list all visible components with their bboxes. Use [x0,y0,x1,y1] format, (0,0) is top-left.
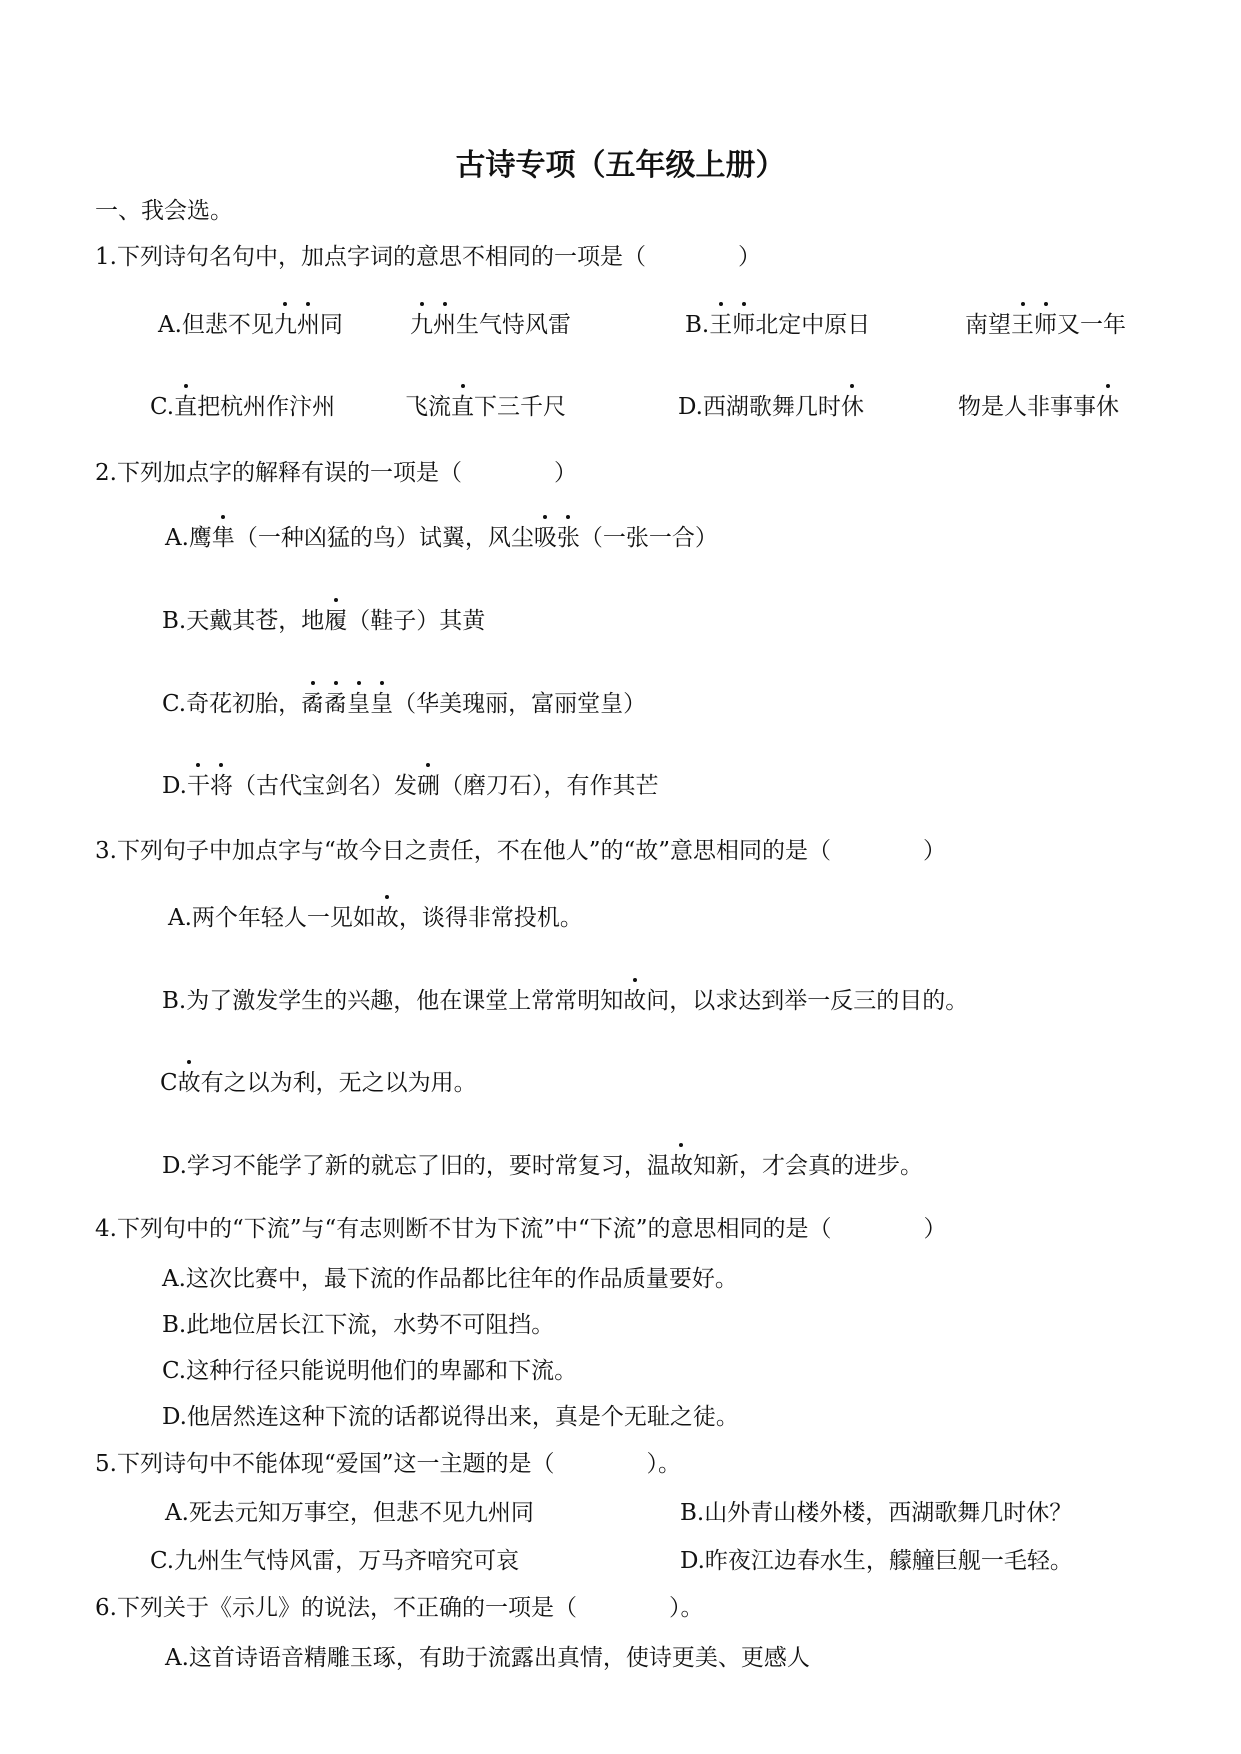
q2-option-c: C.奇花初胎，矞矞皇皇（华美瑰丽，富丽堂皇） [162,689,646,719]
q1-option-b1: B.王师北定中原日 [685,310,870,340]
q5-option-d: D.昨夜江边春水生，艨艟巨舰一毛轻。 [680,1546,1073,1576]
question-3-stem: 3.下列句子中加点字与“故今日之责任，不在他人”的“故”意思相同的是（ ） [95,836,946,866]
q1-option-d1: D.西湖歌舞几时休 [678,392,864,422]
q1-option-c2: 飞流直下三千尺 [405,392,566,422]
emphasis-dot-char: 干 [187,771,210,801]
q1-option-b2: 南望王师又一年 [965,310,1126,340]
q4-option-c: C.这种行径只能说明他们的卑鄙和下流。 [162,1356,577,1386]
question-6-stem: 6.下列关于《示儿》的说法，不正确的一项是（ ）。 [95,1593,703,1623]
emphasis-dot-char: 矞 [324,689,347,719]
q3-option-c: C故有之以为利，无之以为用。 [160,1068,477,1098]
q2-option-a: A.鹰隼（一种凶猛的鸟）试翼，风尘吸张（一张一合） [165,523,718,553]
question-4-stem: 4.下列句中的“下流”与“有志则断不甘为下流”中“下流”的意思相同的是（ ） [95,1214,947,1244]
q3-option-d: D.学习不能学了新的就忘了旧的，要时常复习，温故知新，才会真的进步。 [162,1151,923,1181]
emphasis-dot-char: 矞 [301,689,324,719]
q1-option-a2: 九州生气恃风雷 [410,310,571,340]
question-2-stem: 2.下列加点字的解释有误的一项是（ ） [95,458,577,488]
q2-option-d: D.干将（古代宝剑名）发硎（磨刀石），有作其芒 [162,771,658,801]
page-title: 古诗专项（五年级上册） [0,140,1241,184]
q1-option-c1: C.直把杭州作汴州 [150,392,335,422]
emphasis-dot-char: 吸 [534,523,557,553]
question-1-stem: 1.下列诗句名句中，加点字词的意思不相同的一项是（ ） [95,242,761,272]
q3-option-a: A.两个年轻人一见如故，谈得非常投机。 [168,903,583,933]
q5-option-b: B.山外青山楼外楼，西湖歌舞几时休？ [680,1498,1072,1528]
emphasis-dot-char: 皇 [347,689,370,719]
q1-option-d2: 物是人非事事休 [958,392,1119,422]
q5-option-c: C.九州生气恃风雷，万马齐喑究可哀 [150,1546,519,1576]
section-heading: 一、我会选。 [95,196,233,226]
emphasis-dot-char: 皇 [370,689,393,719]
q4-option-b: B.此地位居长江下流，水势不可阻挡。 [162,1310,554,1340]
question-5-stem: 5.下列诗句中不能体现“爱国”这一主题的是（ ）。 [95,1449,681,1479]
q3-option-b: B.为了激发学生的兴趣，他在课堂上常常明知故问，以求达到举一反三的目的。 [162,986,968,1016]
q5-option-a: A.死去元知万事空，但悲不见九州同 [165,1498,534,1528]
q6-option-a: A.这首诗语音精雕玉琢，有助于流露出真情，使诗更美、更感人 [165,1643,810,1673]
emphasis-dot-char: 张 [557,523,580,553]
q4-option-d: D.他居然连这种下流的话都说得出来，真是个无耻之徒。 [162,1402,739,1432]
q2-option-b: B.天戴其苍，地履（鞋子）其黄 [162,606,485,636]
q4-option-a: A.这次比赛中，最下流的作品都比往年的作品质量要好。 [162,1264,738,1294]
q1-option-a1: A.但悲不见九州同 [158,310,343,340]
emphasis-dot-char: 将 [210,771,233,801]
